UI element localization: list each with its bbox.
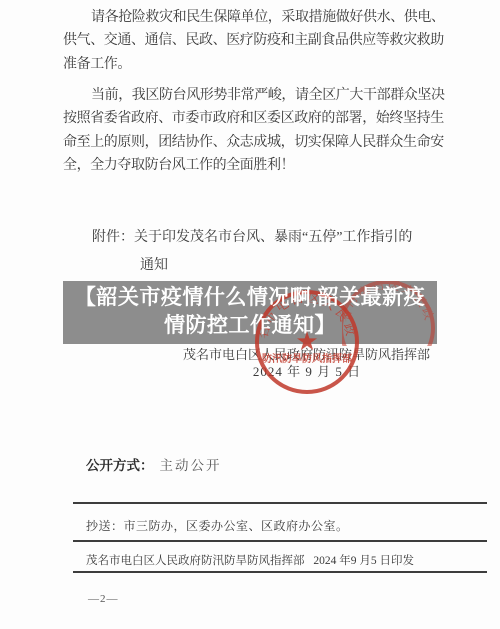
divider-line [73, 571, 487, 573]
attachment-reference: 附件：关于印发茂名市台风、暴雨“五停”工作指引的 通知 [63, 224, 439, 280]
body-line: 全，全力夺取防台风工作的全面胜利！ [63, 154, 439, 177]
open-method-row: 公开方式：主动公开 [86, 454, 222, 474]
body-line: 供气、交通、通信、民政、医疗防疫和主副食品供应等救灾救助 [63, 29, 439, 52]
paragraph-2: 当前，我区防台风形势非常严峻，请全区广大干部群众坚决 按照省委省政府、市委市政府… [63, 84, 439, 178]
print-date: 2024 年9 月5 日印发 [313, 552, 414, 568]
body-line: 当前，我区防台风形势非常严峻，请全区广大干部群众坚决 [63, 84, 439, 107]
divider-line [73, 502, 487, 504]
body-line: 按照省委省政府、市委市政府和区委区政府的部署，始终坚持生 [63, 107, 439, 130]
overlay-banner-line2: 情防控工作通知】 [63, 312, 437, 340]
attachment-line: 附件：关于印发茂名市台风、暴雨“五停”工作指引的 [63, 224, 439, 252]
open-method-label: 公开方式： [86, 458, 154, 473]
document-page: 请各抢险救灾和民生保障单位，采取措施做好供水、供电、 供气、交通、通信、民政、医… [0, 0, 500, 629]
overlay-banner: 【韶关市疫情什么情况啊,韶关最新疫 情防控工作通知】 [63, 281, 437, 344]
divider-line [73, 540, 487, 542]
open-method-value: 主动公开 [160, 458, 222, 473]
attachment-line: 通知 [63, 252, 439, 280]
body-line: 准备工作。 [63, 53, 439, 76]
page-number: —2— [88, 593, 119, 605]
paragraph-1: 请各抢险救灾和民生保障单位，采取措施做好供水、供电、 供气、交通、通信、民政、医… [63, 6, 439, 76]
seal-band-text: 防汛防旱防风指挥部 [262, 352, 352, 365]
body-line: 请各抢险救灾和民生保障单位，采取措施做好供水、供电、 [63, 6, 439, 29]
overlay-banner-line1: 【韶关市疫情什么情况啊,韶关最新疫 [63, 284, 437, 312]
cc-row: 抄送：市三防办，区委办公室、区政府办公室。 [86, 517, 349, 534]
body-line: 命至上的原则，团结协作、众志成城，切实保障人民群众生命安 [63, 131, 439, 154]
